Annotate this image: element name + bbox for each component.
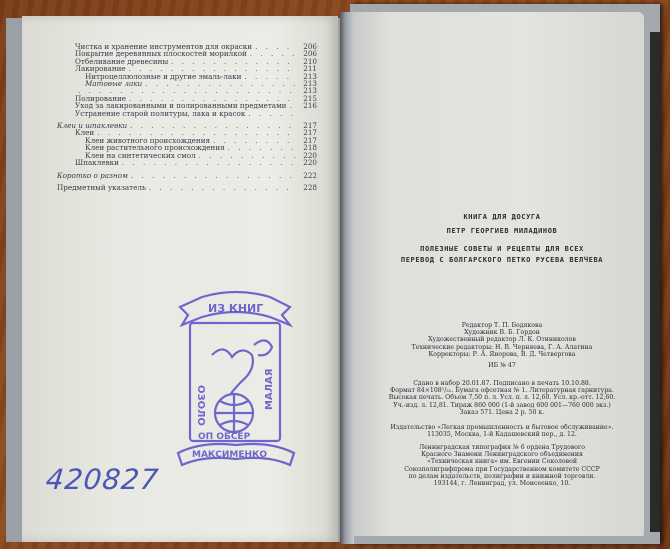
toc-leader-dots: . . . . . . . . . . . . . . . . . . . . … <box>250 50 296 57</box>
imprint-line: Высокая печать. Объем 7,50 п. л. Усл. п.… <box>360 394 644 401</box>
book-spine <box>340 12 354 544</box>
toc-entry-title: Матовые лаки <box>85 80 142 87</box>
toc-leader-dots: . . . . . . . . . . . . . . . . . . . . … <box>145 80 296 87</box>
stamp-bottom-text: ОП ОБСЕР <box>198 432 251 442</box>
toc-entry-page: 220 <box>299 159 317 166</box>
toc-leader-dots: . . . . . . . . . . . . . . . . . . . . … <box>130 122 296 129</box>
table-of-contents: Чистка и хранение инструментов для окрас… <box>55 43 317 191</box>
owl-icon <box>212 349 253 395</box>
toc-entry: Предметный указатель. . . . . . . . . . … <box>55 184 317 191</box>
toc-leader-dots: . . . . . . . . . . . . . . . . . . . . … <box>131 172 296 179</box>
book-title: ПОЛЕЗНЫЕ СОВЕТЫ И РЕЦЕПТЫ ДЛЯ ВСЕХ <box>360 245 644 253</box>
imprint-line: Сдано в набор 20.01.87. Подписано в печа… <box>360 380 644 387</box>
library-stamp: ИЗ КНИГ ОЗОЛО МАЛАЯ ОП ОБСЕР МАКСИМЕНКО <box>172 285 300 475</box>
stamp-ribbon-text: МАКСИМЕНКО <box>192 450 267 460</box>
imprint-line: Формат 84×108¹/₃₂. Бумага офсетная № 1. … <box>360 387 644 394</box>
imprint-line: Художественный редактор Л. К. Отиниколов <box>360 336 644 343</box>
stamp-right-text: МАЛАЯ <box>264 369 275 410</box>
imprint-line: Издательство «Легкая промышленность и бы… <box>360 424 644 431</box>
imprint-line: Заказ 571. Цена 2 р. 50 к. <box>360 409 644 416</box>
toc-leader-dots: . . . . . . . . . . . . . . . . . . . . … <box>122 159 296 166</box>
printer-info: Ленинградская типография № 6 ордена Труд… <box>360 444 644 487</box>
cover-edge-shadow <box>650 32 660 532</box>
toc-entry-title: Шпаклевки <box>75 159 119 166</box>
print-info: Сдано в набор 20.01.87. Подписано в печа… <box>360 380 644 416</box>
stamp-left-text: ОЗОЛО <box>195 385 206 426</box>
imprint-line: Красного Знамени Ленинградского объедине… <box>360 451 644 458</box>
toc-entry: Устранение старой политуры, лака и красо… <box>55 110 317 117</box>
toc-leader-dots: . . . . . . . . . . . . . . . . . . . . … <box>213 137 296 144</box>
toc-leader-dots: . . . . . . . . . . . . . . . . . . . . … <box>248 110 296 117</box>
imprint-line: Ленинградская типография № 6 ордена Труд… <box>360 444 644 451</box>
imprint-line: Технические редакторы: Н. В. Черняева, Г… <box>360 344 644 351</box>
series-title: КНИГА ДЛЯ ДОСУГА <box>360 213 644 221</box>
toc-entry-title: Предметный указатель <box>57 184 146 191</box>
imprint-line: по делам издательств, полиграфии и книжн… <box>360 473 644 480</box>
toc-entry-page: 216 <box>299 102 317 109</box>
toc-leader-dots: . . . . . . . . . . . . . . . . . . . . … <box>255 43 296 50</box>
imprint-line: Художник В. Б. Гордон <box>360 329 644 336</box>
stamp-top-text: ИЗ КНИГ <box>208 302 263 315</box>
toc-leader-dots: . . . . . . . . . . . . . . . . . . . . … <box>244 73 296 80</box>
imprint-line: «Техническая книга» им. Евгении Соколово… <box>360 458 644 465</box>
toc-entry: Коротко о разном. . . . . . . . . . . . … <box>55 172 317 179</box>
handwritten-inventory-number: 420827 <box>44 463 160 496</box>
toc-leader-dots: . . . . . . . . . . . . . . . . . . . . … <box>199 152 296 159</box>
imprint-line: 113035, Москва, 1-й Кадашевский пер., д.… <box>360 431 644 438</box>
editorial-credits: Редактор Т. П. БодяковаХудожник В. Б. Го… <box>360 322 644 358</box>
toc-entry-title: Коротко о разном <box>57 172 128 179</box>
translation-credit: ПЕРЕВОД С БОЛГАРСКОГО ПЕТКО РУСЕВА ВЕЛЧЕ… <box>360 256 644 264</box>
toc-entry: Шпаклевки. . . . . . . . . . . . . . . .… <box>55 159 317 166</box>
toc-entry: Клеи и шпаклевки. . . . . . . . . . . . … <box>55 122 317 129</box>
toc-leader-dots: . . . . . . . . . . . . . . . . . . . . … <box>149 184 296 191</box>
toc-entry-page: 222 <box>299 172 317 179</box>
toc-entry-title: Устранение старой политуры, лака и красо… <box>75 110 245 117</box>
imprint-line: Редактор Т. П. Бодякова <box>360 322 644 329</box>
imprint-line: Союзполиграфпрома при Государственном ко… <box>360 466 644 473</box>
imprint-line: Корректоры: Р. А. Янорова, В. Д. Четверг… <box>360 351 644 358</box>
toc-leader-dots: . . . . . . . . . . . . . . . . . . . . … <box>289 102 296 109</box>
ib-number: ИБ № 47 <box>360 362 644 369</box>
toc-leader-dots: . . . . . . . . . . . . . . . . . . . . … <box>171 58 296 65</box>
publisher-info: Издательство «Легкая промышленность и бы… <box>360 424 644 438</box>
author-name: ПЕТР ГЕОРГИЕВ МИЛАДИНОВ <box>360 227 644 235</box>
toc-entry-page: 228 <box>299 184 317 191</box>
toc-entry: Матовые лаки. . . . . . . . . . . . . . … <box>55 80 317 87</box>
imprint-line: Уч.-изд. л. 12,81. Тираж 860 000 (1-й за… <box>360 402 644 409</box>
imprint-line: 193144, г. Ленинград, ул. Моисеенко, 10. <box>360 480 644 487</box>
toc-leader-dots: . . . . . . . . . . . . . . . . . . . . … <box>228 144 296 151</box>
